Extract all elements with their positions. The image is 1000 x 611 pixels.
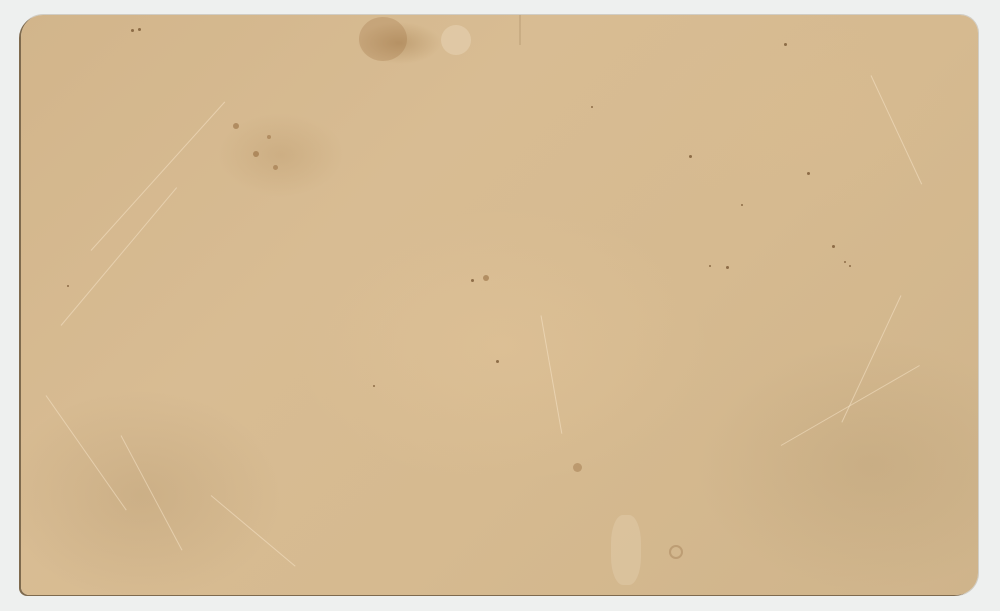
aged-paper-card [21,15,978,595]
speck [591,106,593,108]
speck [844,261,846,263]
crease [541,315,563,433]
speck [131,29,134,32]
stain [267,135,271,139]
crease [61,187,177,326]
speck [496,360,499,363]
stain [573,463,582,472]
stain [359,17,407,61]
speck [373,385,375,387]
crease [211,495,296,566]
crease [871,75,923,184]
speck [67,285,69,287]
crease [46,395,127,510]
speck [807,172,810,175]
speck [709,265,711,267]
speck [849,265,851,267]
speck [471,279,474,282]
stain [233,123,239,129]
speck [784,43,787,46]
speck [741,204,743,206]
stain [483,275,489,281]
crease [121,435,183,550]
stain-ring [669,545,683,559]
stain [253,151,259,157]
speck [832,245,835,248]
speck [726,266,729,269]
stain [273,165,278,170]
scan-background [0,0,1000,611]
top-edge-nick [519,15,521,45]
crease [91,102,226,251]
stain [441,25,471,55]
crease [781,365,920,446]
stain [611,515,641,585]
speck [689,155,692,158]
speck [138,28,141,31]
